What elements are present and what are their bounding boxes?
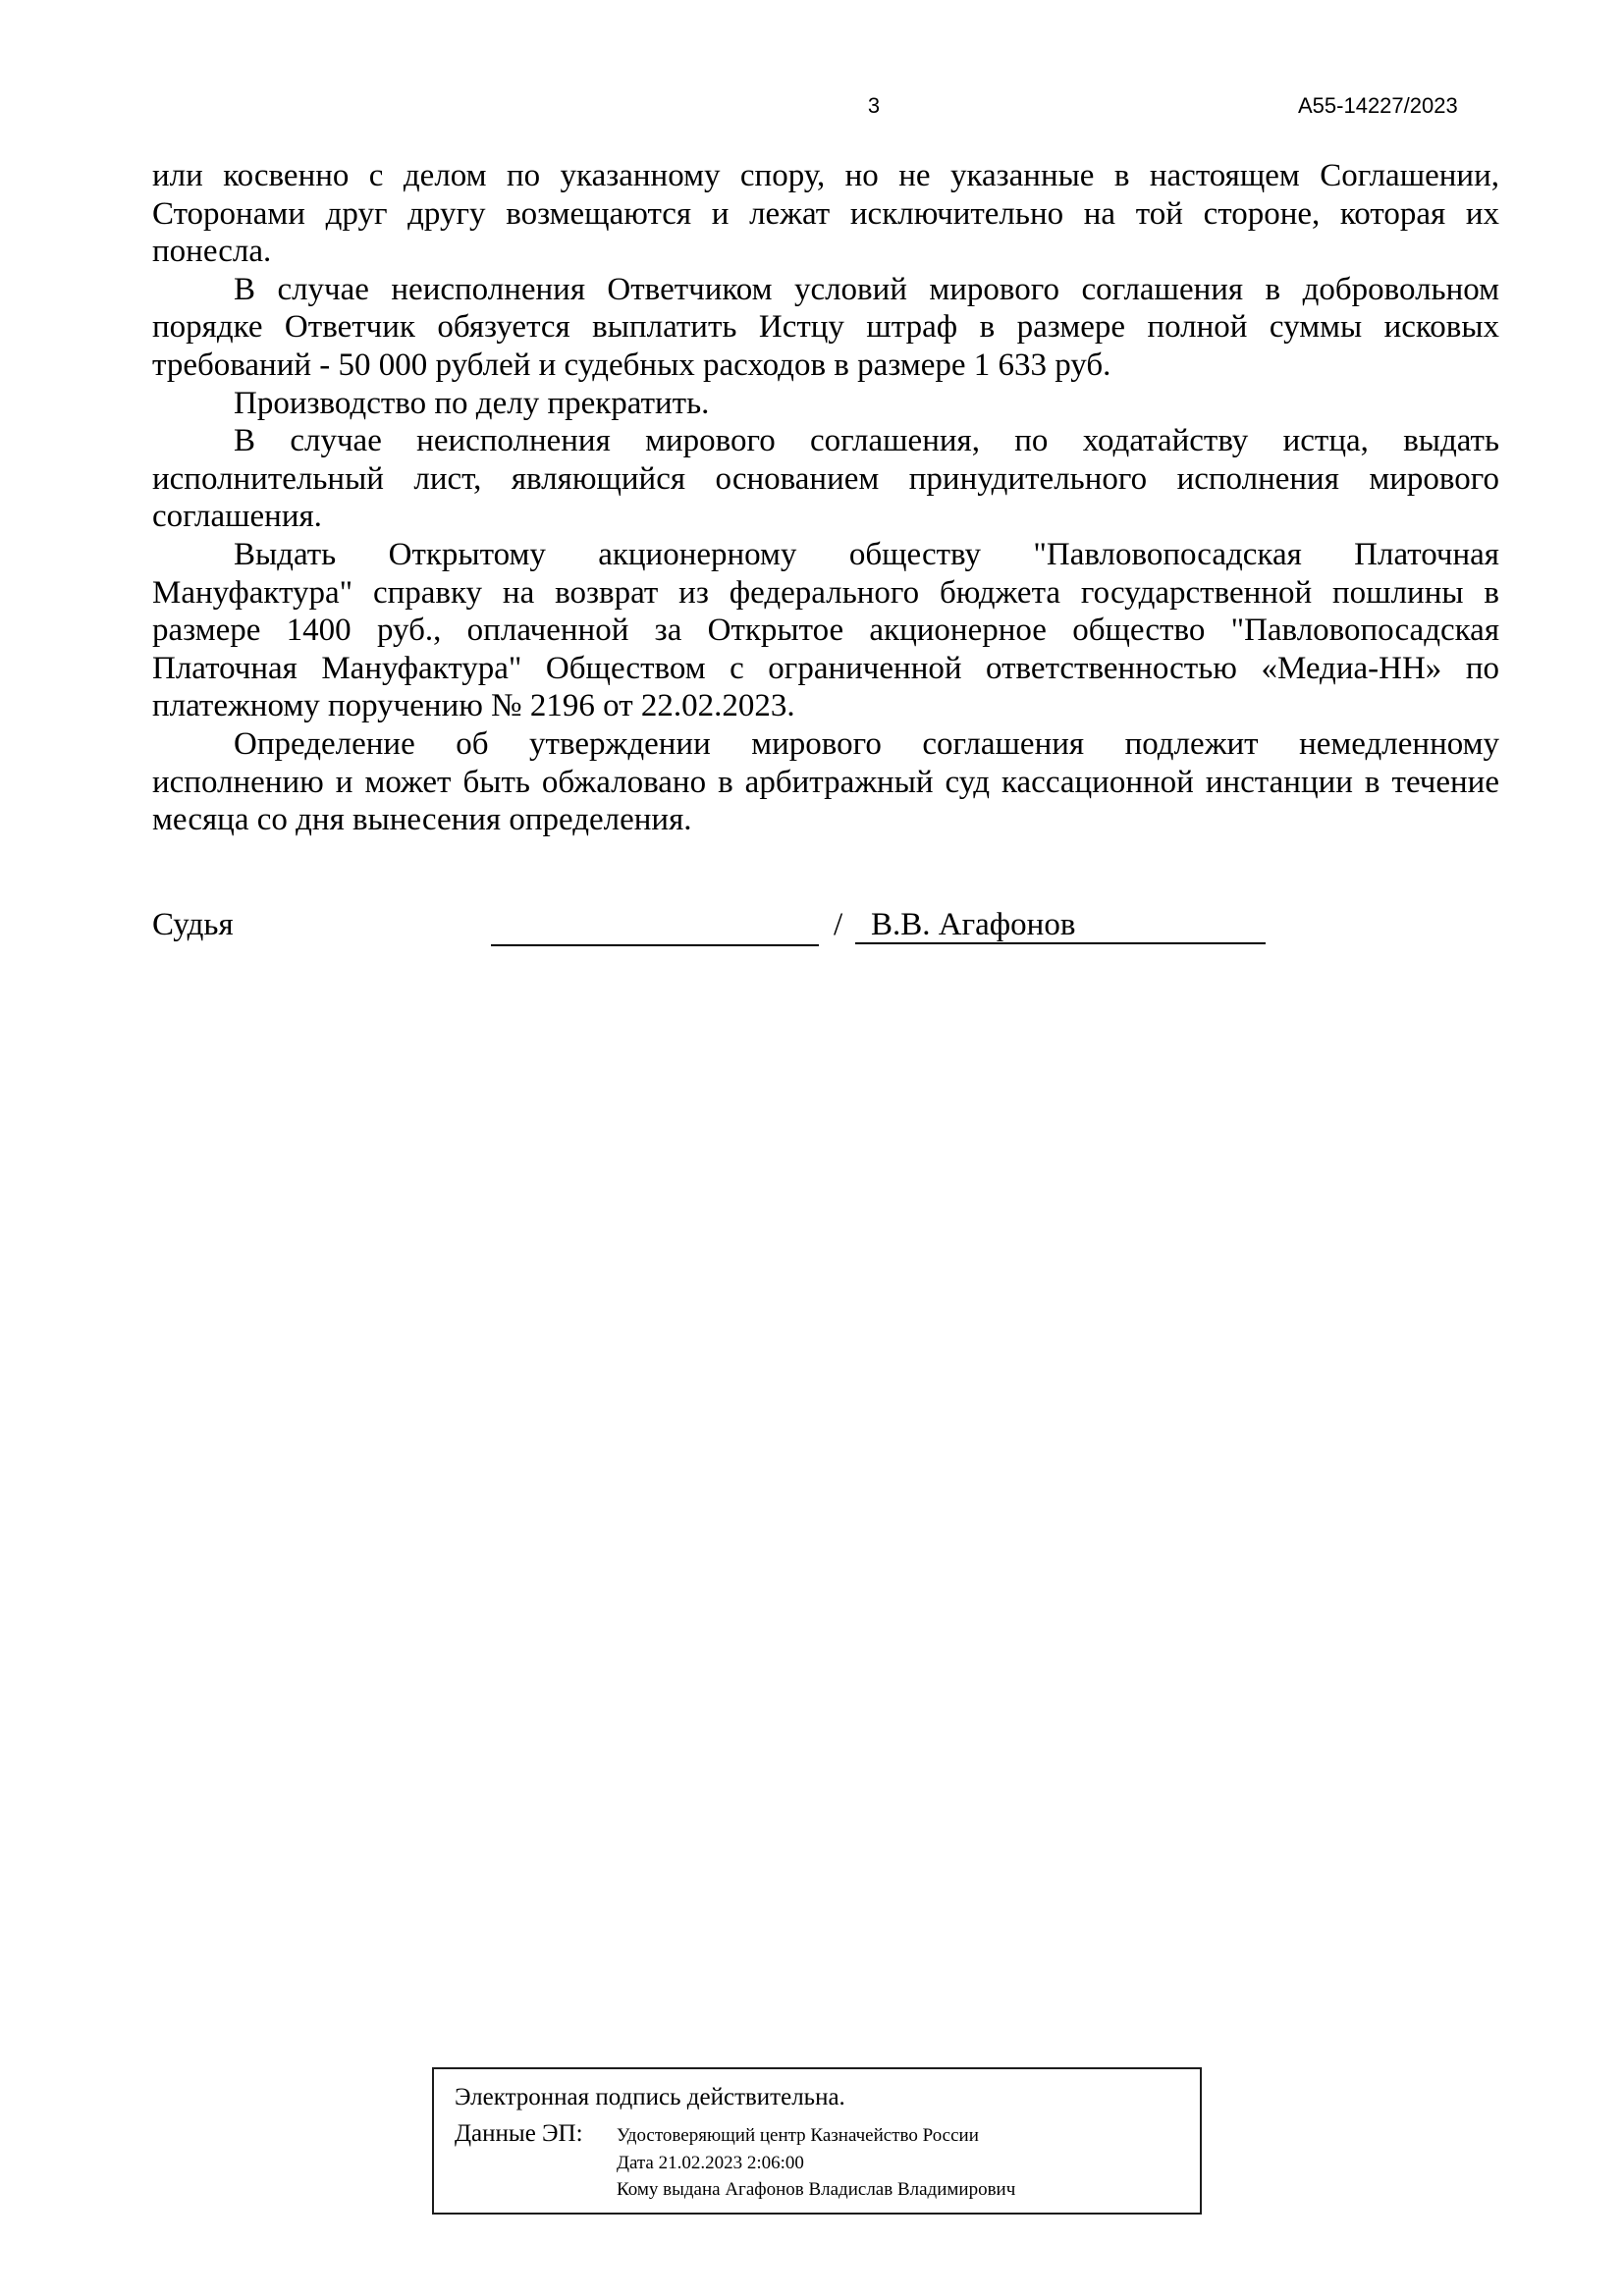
text-line: месяца со дня вынесения определения. bbox=[152, 801, 1499, 839]
text-line: понесла. bbox=[152, 233, 1499, 271]
signature-row: Судья / В.В. Агафонов bbox=[152, 905, 1499, 952]
document-page: 3 А55-14227/2023 или косвенно с делом по… bbox=[0, 0, 1623, 2296]
esign-issued-to: Кому выдана Агафонов Владислав Владимиро… bbox=[617, 2176, 1015, 2204]
esign-data-label: Данные ЭП: bbox=[455, 2119, 617, 2149]
text-line: В случае неисполнения Ответчиком условий… bbox=[152, 271, 1499, 309]
judge-label: Судья bbox=[152, 905, 234, 944]
esign-details: Удостоверяющий центр Казначейство России… bbox=[617, 2119, 1015, 2204]
esign-valid-text: Электронная подпись действительна. bbox=[455, 2082, 1190, 2112]
text-line: Производство по делу прекратить. bbox=[152, 385, 1499, 423]
text-line: Определение об утверждении мирового согл… bbox=[152, 725, 1499, 764]
esign-data-row: Данные ЭП: Удостоверяющий центр Казначей… bbox=[455, 2119, 1190, 2204]
esign-date: Дата 21.02.2023 2:06:00 bbox=[617, 2150, 1015, 2177]
signature-separator: / bbox=[834, 905, 842, 944]
text-line: порядке Ответчик обязуется выплатить Ист… bbox=[152, 308, 1499, 347]
text-line: исполнению и может быть обжаловано в арб… bbox=[152, 764, 1499, 802]
text-line: платежному поручению № 2196 от 22.02.202… bbox=[152, 687, 1499, 725]
signature-blank-line bbox=[491, 905, 819, 946]
text-line: В случае неисполнения мирового соглашени… bbox=[152, 422, 1499, 460]
electronic-signature-stamp: Электронная подпись действительна. Данны… bbox=[432, 2067, 1202, 2215]
esign-certifying-center: Удостоверяющий центр Казначейство России bbox=[617, 2122, 1015, 2150]
text-line: исполнительный лист, являющийся основани… bbox=[152, 460, 1499, 499]
text-line: размере 1400 руб., оплаченной за Открыто… bbox=[152, 612, 1499, 650]
text-line: Платочная Мануфактура" Обществом с огран… bbox=[152, 650, 1499, 688]
text-line: или косвенно с делом по указанному спору… bbox=[152, 157, 1499, 195]
text-line: требований - 50 000 рублей и судебных ра… bbox=[152, 347, 1499, 385]
text-line: Сторонами друг другу возмещаются и лежат… bbox=[152, 195, 1499, 234]
case-number: А55-14227/2023 bbox=[1298, 94, 1475, 118]
judge-name: В.В. Агафонов bbox=[855, 905, 1266, 944]
document-body: или косвенно с делом по указанному спору… bbox=[152, 157, 1499, 839]
text-line: Мануфактура" справку на возврат из федер… bbox=[152, 574, 1499, 613]
text-line: Выдать Открытому акционерному обществу "… bbox=[152, 536, 1499, 574]
text-line: соглашения. bbox=[152, 498, 1499, 536]
page-number: 3 bbox=[842, 94, 905, 118]
